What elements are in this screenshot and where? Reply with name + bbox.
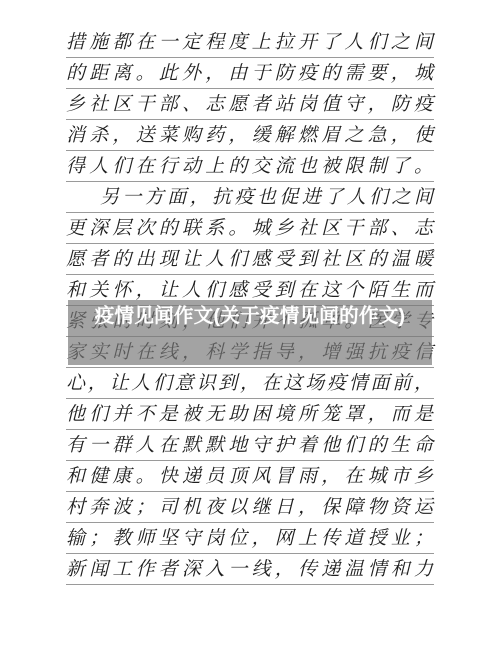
essay-line: 消杀，送菜购药，缓解燃眉之急，使 [66, 120, 434, 151]
essay-line: 心，让人们意识到，在这场疫情面前， [66, 368, 434, 399]
essay-line: 输；教师坚守岗位，网上传道授业； [66, 523, 434, 554]
essay-line-paragraph-start: 另一方面，抗疫也促进了人们之间 [66, 182, 434, 213]
title-overlay-banner: 疫情见闻作文(关于疫情见闻的作文) [68, 300, 432, 365]
essay-line: 愿者的出现让人们感受到社区的温暖 [66, 244, 434, 275]
essay-page: 措施都在一定程度上拉开了人们之间 的距离。此外，由于防疫的需要，城 乡社区干部、… [0, 0, 500, 666]
essay-line: 更深层次的联系。城乡社区干部、志 [66, 213, 434, 244]
overlay-title: 疫情见闻作文(关于疫情见闻的作文) [80, 304, 420, 328]
essay-line: 的距离。此外，由于防疫的需要，城 [66, 58, 434, 89]
essay-line: 他们并不是被无助困境所笼罩，而是 [66, 399, 434, 430]
essay-line: 措施都在一定程度上拉开了人们之间 [66, 27, 434, 58]
essay-line: 有一群人在默默地守护着他们的生命 [66, 430, 434, 461]
essay-line: 新闻工作者深入一线，传递温情和力 [66, 554, 434, 585]
essay-line: 乡社区干部、志愿者站岗值守，防疫 [66, 89, 434, 120]
essay-line: 村奔波；司机夜以继日，保障物资运 [66, 492, 434, 523]
essay-line: 得人们在行动上的交流也被限制了。 [66, 151, 434, 182]
essay-line: 和健康。快递员顶风冒雨，在城市乡 [66, 461, 434, 492]
